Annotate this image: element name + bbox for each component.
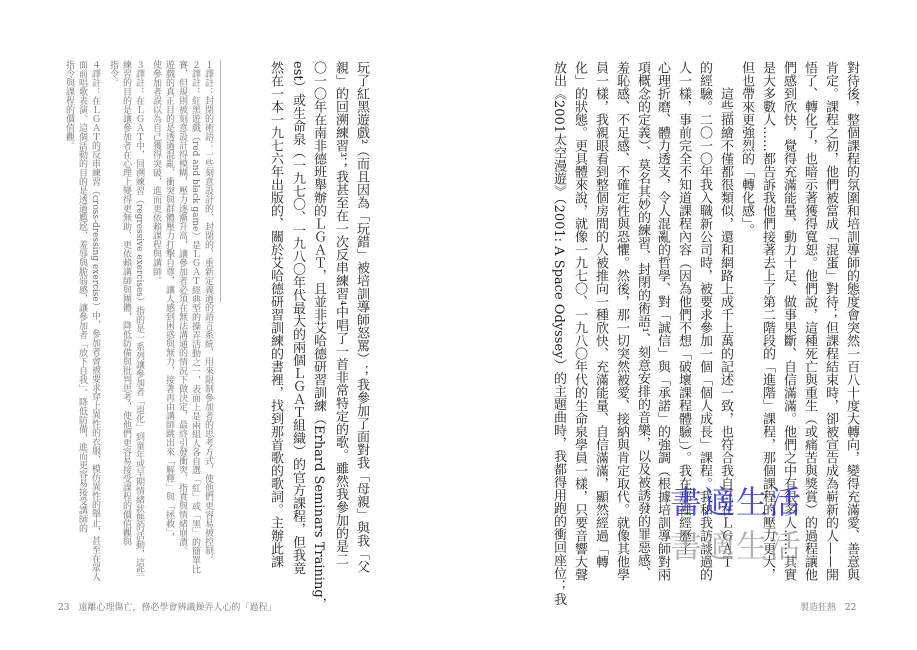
- footnote-4-column: ４譯註：在ＬＧＡＴ的反串練習（cross-dressing exercise）中…: [88, 60, 101, 565]
- body-column: 玩了紅黑遊戲²（而且因為「玩錯」被培訓導師怒罵）；我參加了面對我「母親」與我「父: [351, 61, 372, 566]
- body-column: 然在一本一九七六年出版的、關於艾哈德研習訓練的書裡，找到那首歌的歌詞。主辦此課: [265, 61, 286, 566]
- body-column: 放出《2001太空漫遊》（2001: A Space Odyssey）的主題曲時…: [548, 61, 569, 566]
- footnote-3-column: 練習的目的是讓參加者在心理上變得更無助、更依賴講師與團體，降低防備與批判思考，使…: [119, 60, 132, 565]
- body-column: 對待後，整個課程的氛圍和培訓導師的態度會突然一百八十度大轉向，變得充滿愛、善意與: [841, 61, 862, 566]
- body-column: 項概念的定義）、莫名其妙的練習、封閉的術語¹、刻意安排的音樂，以及被誘發的罪惡感…: [632, 61, 653, 566]
- right-page-footer: 製造狂熱 22: [800, 600, 862, 613]
- footnote-3-column: 指令。: [106, 60, 119, 565]
- body-column: 〇一〇年在南非德班舉辦的ＬＧＡＴ，且並非艾哈德研習訓練（Erhard Semin…: [308, 61, 329, 566]
- footnote-2-column: 遊戲的真正目的是透過混亂、衝突與群體壓力打擊自尊，讓人感到困惑與無力，接著再由講…: [162, 60, 175, 565]
- page-number: 22: [845, 603, 856, 613]
- body-column: 肯定。課程之初，他們被當成「混蛋」對待；但課程結束時，卻被宣告成為嶄新的人——開: [820, 61, 841, 566]
- body-column: 化」的狀態。更具體來說，就像一九七〇、一九八〇年代的生命泉學員一樣，只要音響大聲: [569, 61, 590, 566]
- body-column: 悟了、轉化了，也暗示著獲得寬恕。他們說，這種死亡與重生（或痛苦與獎賞）的過程讓他: [799, 61, 820, 566]
- watermark: 書適生活: [670, 485, 802, 519]
- page-number: 23: [58, 603, 69, 613]
- running-title: 遠離心理傷亡，務必學會辨識操弄人心的「過程」: [78, 603, 276, 613]
- footnote-2-column: ２譯註：紅黑遊戲（red and black game）是ＬＧＡＴ經典型的操弄活…: [188, 60, 201, 565]
- body-column: 羞恥感、不足感、不確定性與恐懼。然後，那一切突然被愛、接納與肯定取代。就像其他學: [611, 61, 632, 566]
- footnote-2-column: 賽，但規則被刻意設計得模糊，壓力逐漸升高，讓參加者必須在無法溝通的情況下做決定，…: [175, 60, 188, 565]
- footnote-1-column: １譯註：封閉的術語：一些刻意設計的、封閉的、重新定義過的語言系統，用來限制參加者…: [201, 60, 214, 565]
- footnote-divider: [220, 60, 221, 302]
- running-title: 製造狂熱: [800, 603, 836, 613]
- footnote-4-column: 面前唱歌表演。這個活動的目的是透過尷尬、羞辱與脆弱感，讓參加者「放下自我」、降低…: [75, 60, 88, 565]
- footnote-3-column: ３譯註：在ＬＧＡＴ中，回溯練習（regressive exercises）指的是…: [132, 60, 145, 565]
- body-column: est）或生命泉（一九七〇、一九八〇年代最大的兩個ＬＧＡＴ組織）的官方課程，但我…: [287, 61, 308, 566]
- footnote-4-column: 指令與課程的價值觀。: [62, 60, 75, 565]
- left-page: １譯註：封閉的術語：一些刻意設計的、封閉的、重新定義過的語言系統，用來限制參加者…: [0, 0, 458, 650]
- body-column: 親」的回溯練習³；我甚至在一次反串練習⁴中唱了一首非常特定的歌。雖然我參加的是二: [330, 61, 351, 566]
- body-column: 員一樣，我親眼看到整個房間的人被推向一種欣快、充滿能量、自信滿滿，顯然經過「轉: [590, 61, 611, 566]
- left-page-footer: 23 遠離心理傷亡，務必學會辨識操弄人心的「過程」: [52, 600, 276, 613]
- watermark-ghost: 書適生活: [670, 529, 802, 563]
- footnote-2-column: 使參加者誤以為自己獲得突破，進而更依賴課程與講師。: [149, 60, 162, 565]
